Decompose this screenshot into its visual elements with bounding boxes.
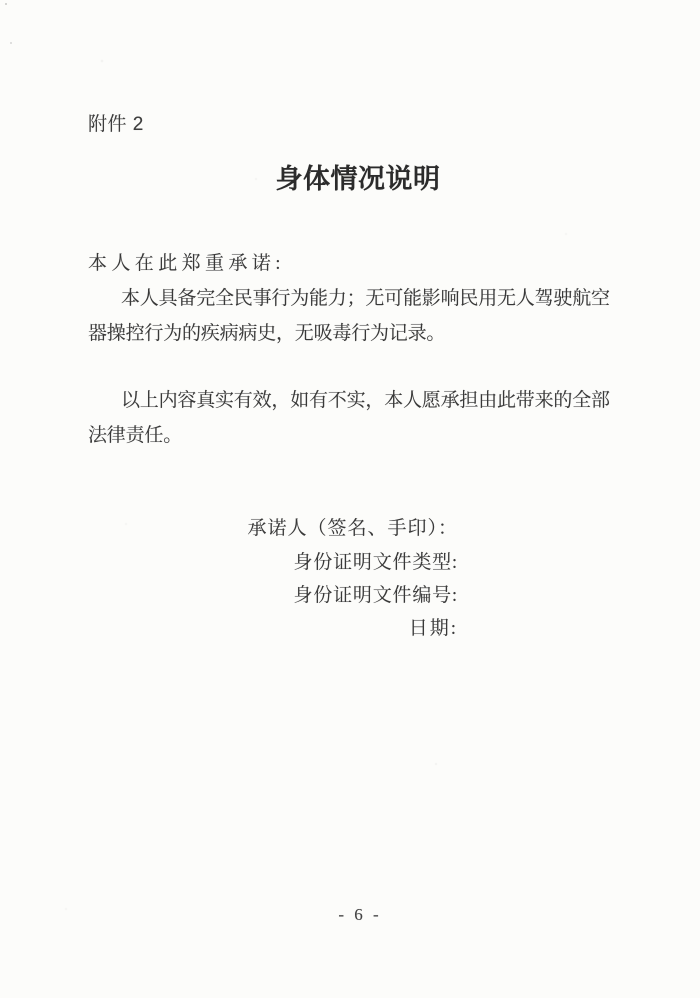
page-number: - 6 - [10,906,700,924]
body-line-liability-2: 法律责任。 [88,426,182,447]
body-line-promise-1: 本人具备完全民事行为能力；无可能影响民用无人驾驶航空 [121,289,610,310]
body-line-promise-2: 器操控行为的疾病病史，无吸毒行为记录。 [88,324,445,345]
attachment-label: 附件 2 [88,115,144,136]
scan-noise-speckles [5,3,7,5]
signature-id-number-label: 身份证明文件编号: [294,586,458,607]
scanned-document-page: 附件 2 身体情况说明 本人在此郑重承诺: 本人具备完全民事行为能力；无可能影响… [0,0,700,998]
signature-signer-label: 承诺人（签名、手印）： [247,519,458,540]
body-line-promise-intro: 本人在此郑重承诺: [88,254,285,275]
signature-id-type-label: 身份证明文件类型: [294,553,458,574]
page-title: 身体情况说明 [8,165,700,194]
signature-date-label: 日期: [409,619,458,640]
body-line-liability-1: 以上内容真实有效，如有不实，本人愿承担由此带来的全部 [121,391,610,412]
